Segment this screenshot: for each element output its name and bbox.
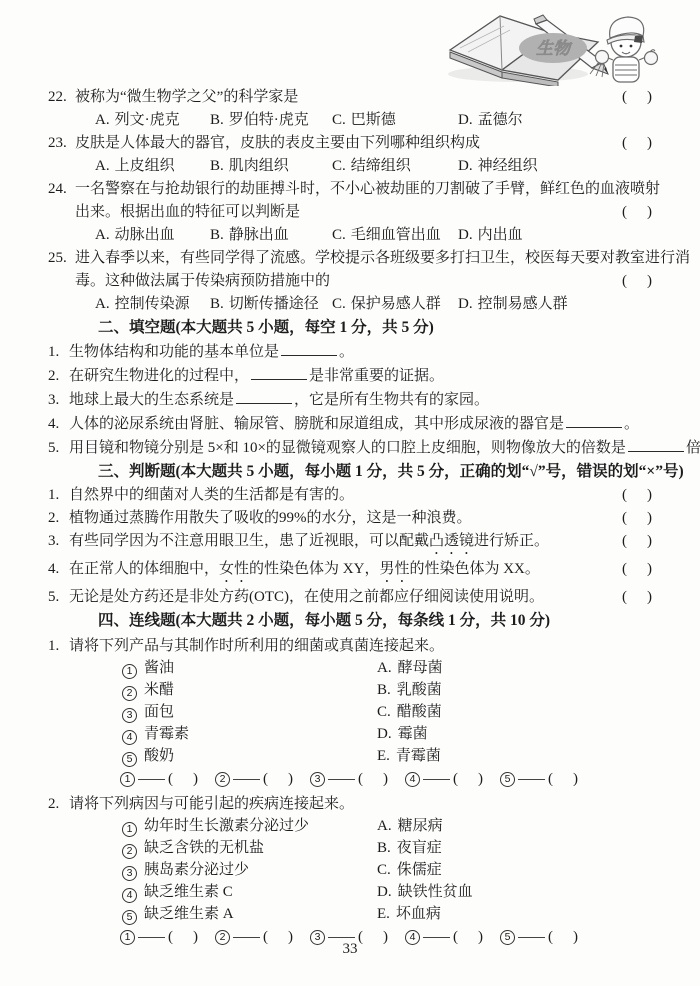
answer-bracket: () — [622, 270, 652, 293]
fill-blank — [251, 367, 307, 380]
question-stem-line: 出来。根据出血的特征可以判断是() — [48, 201, 656, 224]
match-left-text: 酸奶 — [144, 745, 174, 767]
connector-line — [233, 937, 260, 938]
judge-item: 4.在正常人的体细胞中，女性的性染色体为 XY，男性的性染色体为 XX。() — [48, 558, 656, 586]
match-right-item: C.醋酸菌 — [377, 701, 442, 723]
option-label: D. — [458, 112, 473, 128]
match-right-item: E.坏血病 — [377, 903, 441, 925]
match-answer-slot: 5() — [500, 767, 578, 791]
option: C.毛细血管出血 — [332, 224, 458, 247]
fill-item-text: 用目镜和物镜分别是 5×和 10×的显微镜观察人的口腔上皮细胞，则物像放大的倍数… — [69, 436, 700, 460]
match-pair-row: 2米醋B.乳酸菌 — [122, 679, 656, 701]
fill-item: 2.在研究生物进化的过程中，是非常重要的证据。 — [48, 364, 656, 388]
match-intro: 2.请将下列病因与可能引起的疾病连接起来。 — [48, 793, 656, 815]
subject-badge: 生物 — [519, 33, 587, 63]
match-right-label: B. — [377, 679, 391, 701]
match-left-item: 3胰岛素分泌过少 — [122, 859, 377, 881]
circled-number: 3 — [122, 708, 137, 723]
answer-bracket: () — [622, 86, 652, 109]
connector-line — [423, 937, 450, 938]
options-row: A.列文·虎克B.罗伯特·虎克C.巴斯德D.孟德尔 — [95, 109, 656, 132]
mcq-question: 23.皮肤是人体最大的器官，皮肤的表皮主要由下列哪种组织构成()A.上皮组织B.… — [48, 132, 656, 178]
text-segment: 的性染色体为 XY， — [249, 561, 379, 577]
option-text: 动脉出血 — [115, 227, 175, 243]
question-stem-line: 23.皮肤是人体最大的器官，皮肤的表皮主要由下列哪种组织构成() — [48, 132, 656, 155]
answer-bracket: () — [622, 484, 652, 507]
match-answer-row: 1()2()3()4()5() — [120, 767, 656, 791]
match-answer-slot: 2() — [215, 767, 293, 791]
question-stem-text: 出来。根据出血的特征可以判断是 — [75, 201, 300, 224]
circled-number: 1 — [120, 772, 135, 787]
circled-number: 2 — [215, 772, 230, 787]
option: A.列文·虎克 — [95, 109, 210, 132]
option-label: A. — [95, 112, 110, 128]
judge-item: 3.有些同学因为不注意用眼卫生，患了近视眼，可以配戴凸透镜进行矫正。() — [48, 530, 656, 558]
text-segment: 在正常人的体细胞中， — [69, 561, 219, 577]
true-false-section: 1.自然界中的细菌对人类的生活都是有害的。()2.植物通过蒸腾作用散失了吸收的9… — [48, 484, 656, 609]
item-number: 1. — [48, 484, 69, 507]
question-number: 24. — [48, 178, 75, 201]
match-right-label: C. — [377, 701, 391, 723]
option-text: 罗伯特·虎克 — [229, 112, 309, 128]
circled-number: 1 — [122, 664, 137, 679]
question-number: 23. — [48, 132, 75, 155]
option-text: 保护易感人群 — [351, 296, 441, 312]
option: C.保护易感人群 — [332, 293, 458, 316]
match-left-item: 2米醋 — [122, 679, 377, 701]
text-segment: 。 — [339, 344, 354, 360]
option-label: C. — [332, 227, 346, 243]
judge-item-text: 植物通过蒸腾作用散失了吸收的99%的水分，这是一种浪费。 — [69, 507, 472, 530]
judge-item-text: 自然界中的细菌对人类的生活都是有害的。 — [69, 484, 354, 507]
text-segment: 有些同学因为不注意用眼卫生，患了近视眼，可以配戴 — [69, 533, 429, 549]
text-segment: 人体的泌尿系统由肾脏、输尿管、膀胱和尿道组成，其中形成尿液的器官是 — [69, 416, 564, 432]
match-left-text: 缺乏维生素 A — [144, 903, 234, 925]
match-left-item: 4缺乏维生素 C — [122, 881, 377, 903]
fill-blank — [566, 415, 622, 428]
options-row: A.动脉出血B.静脉出血C.毛细血管出血D.内出血 — [95, 224, 656, 247]
option: D.内出血 — [458, 224, 656, 247]
option-text: 切断传播途径 — [229, 296, 319, 312]
fill-blank — [236, 391, 292, 404]
question-stem-text: 毒。这种做法属于传染病预防措施中的 — [75, 270, 330, 293]
match-right-label: E. — [377, 903, 390, 925]
connector-line — [328, 937, 355, 938]
text-segment: 自然界中的细菌对人类的生活都是有害的。 — [69, 487, 354, 503]
option-label: B. — [210, 296, 224, 312]
match-pair-row: 3胰岛素分泌过少C.侏儒症 — [122, 859, 656, 881]
circled-number: 3 — [310, 772, 325, 787]
mcq-question: 25.进入春季以来，有些同学得了流感。学校提示各班级要多打扫卫生，校医每天要对教… — [48, 247, 656, 316]
match-right-text: 糖尿病 — [398, 815, 443, 837]
circled-number: 4 — [405, 772, 420, 787]
match-pair-row: 3面包C.醋酸菌 — [122, 701, 656, 723]
match-right-label: B. — [377, 837, 391, 859]
match-left-text: 青霉素 — [144, 723, 189, 745]
circled-number: 2 — [122, 686, 137, 701]
text-segment: 是非常重要的证据。 — [309, 368, 444, 384]
match-right-text: 乳酸菌 — [397, 679, 442, 701]
item-number: 5. — [48, 436, 69, 460]
match-pair-row: 4缺乏维生素 CD.缺铁性贫血 — [122, 881, 656, 903]
exam-content: 22.被称为“微生物学之父”的科学家是()A.列文·虎克B.罗伯特·虎克C.巴斯… — [0, 86, 700, 949]
option-text: 神经组织 — [478, 158, 538, 174]
options-row: A.上皮组织B.肌肉组织C.结缔组织D.神经组织 — [95, 155, 656, 178]
judge-item-text: 有些同学因为不注意用眼卫生，患了近视眼，可以配戴凸透镜进行矫正。 — [69, 530, 549, 558]
match-right-text: 醋酸菌 — [397, 701, 442, 723]
match-pair-row: 4青霉素D.霉菌 — [122, 723, 656, 745]
match-intro: 1.请将下列产品与其制作时所利用的细菌或真菌连接起来。 — [48, 635, 656, 657]
judge-item-text: 在正常人的体细胞中，女性的性染色体为 XY，男性的性染色体为 XX。 — [69, 558, 540, 586]
fill-item: 1.生物体结构和功能的基本单位是。 — [48, 340, 656, 364]
match-pair-row: 5酸奶E.青霉菌 — [122, 745, 656, 767]
question-stem-line: 24.一名警察在与抢劫银行的劫匪搏斗时，不小心被劫匪的刀割破了手臂，鲜红色的血液… — [48, 178, 656, 201]
match-right-label: A. — [377, 657, 392, 679]
judge-section-title: 三、判断题(本大题共 5 小题，每小题 1 分，共 5 分，正确的划“√”号，错… — [98, 460, 656, 484]
connector-line — [518, 937, 545, 938]
option: B.罗伯特·虎克 — [210, 109, 332, 132]
option-label: D. — [458, 227, 473, 243]
question-stem-text: 皮肤是人体最大的器官，皮肤的表皮主要由下列哪种组织构成 — [75, 132, 480, 155]
option-text: 结缔组织 — [351, 158, 411, 174]
match-question: 2.请将下列病因与可能引起的疾病连接起来。1幼年时生长激素分泌过少A.糖尿病2缺… — [48, 793, 656, 949]
option-label: A. — [95, 158, 110, 174]
answer-bracket: () — [622, 507, 652, 530]
fill-in-blank-section: 1.生物体结构和功能的基本单位是。2.在研究生物进化的过程中，是非常重要的证据。… — [48, 340, 656, 460]
page-header: 生物 — [0, 0, 700, 86]
judge-item: 1.自然界中的细菌对人类的生活都是有害的。() — [48, 484, 656, 507]
circled-number: 4 — [122, 888, 137, 903]
item-number: 1. — [48, 635, 69, 657]
judge-item: 5.无论是处方药还是非处方药(OTC)，在使用之前都应仔细阅读使用说明。() — [48, 586, 656, 609]
match-right-text: 坏血病 — [396, 903, 441, 925]
match-left-item: 5缺乏维生素 A — [122, 903, 377, 925]
fill-section-title: 二、填空题(本大题共 5 小题，每空 1 分，共 5 分) — [98, 316, 656, 340]
match-left-text: 缺乏含铁的无机盐 — [144, 837, 264, 859]
page-footer: 33 — [0, 941, 700, 958]
match-right-text: 夜盲症 — [397, 837, 442, 859]
match-answer-slot: 4() — [405, 767, 483, 791]
option-text: 毛细血管出血 — [351, 227, 441, 243]
answer-bracket: () — [622, 132, 652, 155]
cartoon-boy-icon — [590, 17, 658, 82]
option-text: 肌肉组织 — [229, 158, 289, 174]
text-segment: 倍。 — [686, 440, 700, 456]
option-label: B. — [210, 158, 224, 174]
match-left-item: 3面包 — [122, 701, 377, 723]
match-left-item: 1幼年时生长激素分泌过少 — [122, 815, 377, 837]
circled-number: 1 — [122, 822, 137, 837]
match-left-text: 酱油 — [144, 657, 174, 679]
subject-badge-label: 生物 — [536, 39, 573, 58]
match-right-text: 酵母菌 — [398, 657, 443, 679]
match-intro-text: 请将下列病因与可能引起的疾病连接起来。 — [69, 793, 354, 815]
judge-item-text: 无论是处方药还是非处方药(OTC)，在使用之前都应仔细阅读使用说明。 — [69, 586, 544, 609]
match-left-item: 2缺乏含铁的无机盐 — [122, 837, 377, 859]
match-right-item: E.青霉菌 — [377, 745, 441, 767]
match-left-text: 面包 — [144, 701, 174, 723]
mcq-question: 22.被称为“微生物学之父”的科学家是()A.列文·虎克B.罗伯特·虎克C.巴斯… — [48, 86, 656, 132]
option: B.静脉出血 — [210, 224, 332, 247]
match-question: 1.请将下列产品与其制作时所利用的细菌或真菌连接起来。1酱油A.酵母菌2米醋B.… — [48, 635, 656, 791]
answer-bracket: () — [622, 586, 652, 609]
match-pair-row: 1酱油A.酵母菌 — [122, 657, 656, 679]
emphasized-text: 男性 — [379, 561, 409, 577]
option: D.孟德尔 — [458, 109, 656, 132]
option: B.切断传播途径 — [210, 293, 332, 316]
option-label: A. — [95, 227, 110, 243]
mcq-question: 24.一名警察在与抢劫银行的劫匪搏斗时，不小心被劫匪的刀割破了手臂，鲜红色的血液… — [48, 178, 656, 247]
option: D.控制易感人群 — [458, 293, 656, 316]
fill-item-text: 人体的泌尿系统由肾脏、输尿管、膀胱和尿道组成，其中形成尿液的器官是。 — [69, 412, 639, 436]
match-left-text: 米醋 — [144, 679, 174, 701]
option-text: 巴斯德 — [351, 112, 396, 128]
question-number: 22. — [48, 86, 75, 109]
match-left-item: 4青霉素 — [122, 723, 377, 745]
option-label: D. — [458, 296, 473, 312]
circled-number: 3 — [122, 866, 137, 881]
answer-bracket: () — [622, 530, 652, 553]
answer-bracket: () — [622, 201, 652, 224]
item-number: 4. — [48, 558, 69, 581]
text-segment: 。 — [624, 416, 639, 432]
item-number: 3. — [48, 388, 69, 412]
fill-item-text: 在研究生物进化的过程中，是非常重要的证据。 — [69, 364, 444, 388]
fill-item: 3.地球上最大的生态系统是，它是所有生物共有的家园。 — [48, 388, 656, 412]
match-right-label: C. — [377, 859, 391, 881]
question-number: 25. — [48, 247, 75, 270]
option-text: 控制传染源 — [115, 296, 190, 312]
option-text: 控制易感人群 — [478, 296, 568, 312]
options-row: A.控制传染源B.切断传播途径C.保护易感人群D.控制易感人群 — [95, 293, 656, 316]
option: A.控制传染源 — [95, 293, 210, 316]
text-segment: 植物通过蒸腾作用散失了吸收的99%的水分，这是一种浪费。 — [69, 510, 472, 526]
text-segment: 地球上最大的生态系统是 — [69, 392, 234, 408]
option-label: D. — [458, 158, 473, 174]
circled-number: 5 — [500, 772, 515, 787]
match-answer-slot: 1() — [120, 767, 198, 791]
item-number: 2. — [48, 364, 69, 388]
option-label: C. — [332, 112, 346, 128]
question-stem-line: 毒。这种做法属于传染病预防措施中的() — [48, 270, 656, 293]
text-segment: 进行矫正。 — [474, 533, 549, 549]
match-right-item: B.乳酸菌 — [377, 679, 442, 701]
match-right-label: D. — [377, 881, 392, 903]
match-right-item: B.夜盲症 — [377, 837, 442, 859]
match-section-title: 四、连线题(本大题共 2 小题，每小题 5 分，每条线 1 分，共 10 分) — [98, 609, 656, 633]
fill-blank — [281, 343, 337, 356]
option-label: C. — [332, 158, 346, 174]
match-right-text: 青霉菌 — [396, 745, 441, 767]
match-right-item: A.糖尿病 — [377, 815, 443, 837]
circled-number: 5 — [122, 910, 137, 925]
match-right-text: 侏儒症 — [397, 859, 442, 881]
match-right-label: E. — [377, 745, 390, 767]
option-label: A. — [95, 296, 110, 312]
match-pair-row: 1幼年时生长激素分泌过少A.糖尿病 — [122, 815, 656, 837]
circled-number: 2 — [122, 844, 137, 859]
connector-line — [328, 779, 355, 780]
item-number: 5. — [48, 586, 69, 609]
circled-number: 5 — [122, 752, 137, 767]
item-number: 2. — [48, 793, 69, 815]
option-label: B. — [210, 112, 224, 128]
emphasized-text: 凸透镜 — [429, 533, 474, 549]
connector-line — [233, 779, 260, 780]
match-left-text: 缺乏维生素 C — [144, 881, 233, 903]
match-right-label: D. — [377, 723, 392, 745]
match-right-item: D.霉菌 — [377, 723, 428, 745]
connector-line — [138, 937, 165, 938]
option: D.神经组织 — [458, 155, 656, 178]
connector-line — [518, 779, 545, 780]
connector-line — [138, 779, 165, 780]
match-left-text: 胰岛素分泌过少 — [144, 859, 249, 881]
circled-number: 4 — [122, 730, 137, 745]
option: C.巴斯德 — [332, 109, 458, 132]
match-pair-row: 5缺乏维生素 AE.坏血病 — [122, 903, 656, 925]
fill-item: 5.用目镜和物镜分别是 5×和 10×的显微镜观察人的口腔上皮细胞，则物像放大的… — [48, 436, 656, 460]
text-segment: 的性染色体为 XX。 — [409, 561, 539, 577]
match-right-item: D.缺铁性贫血 — [377, 881, 473, 903]
match-left-text: 幼年时生长激素分泌过少 — [144, 815, 309, 837]
fill-item-text: 生物体结构和功能的基本单位是。 — [69, 340, 354, 364]
judge-item: 2.植物通过蒸腾作用散失了吸收的99%的水分，这是一种浪费。() — [48, 507, 656, 530]
match-answer-slot: 3() — [310, 767, 388, 791]
answer-bracket: () — [622, 558, 652, 581]
match-left-item: 5酸奶 — [122, 745, 377, 767]
match-left-item: 1酱油 — [122, 657, 377, 679]
connector-line — [423, 779, 450, 780]
emphasized-text: 女性 — [219, 561, 249, 577]
question-stem-line: 22.被称为“微生物学之父”的科学家是() — [48, 86, 656, 109]
option-text: 静脉出血 — [229, 227, 289, 243]
exam-paper-page: 生物 22.被称为“微生物学之父”的科学家是()A.列文·虎克B.罗伯特· — [0, 0, 700, 986]
match-intro-text: 请将下列产品与其制作时所利用的细菌或真菌连接起来。 — [69, 635, 444, 657]
option-text: 列文·虎克 — [115, 112, 180, 128]
text-segment: 用目镜和物镜分别是 5×和 10×的显微镜观察人的口腔上皮细胞，则物像放大的倍数… — [69, 440, 626, 456]
text-segment: 生物体结构和功能的基本单位是 — [69, 344, 279, 360]
option-label: C. — [332, 296, 346, 312]
item-number: 3. — [48, 530, 69, 553]
multiple-choice-section: 22.被称为“微生物学之父”的科学家是()A.列文·虎克B.罗伯特·虎克C.巴斯… — [48, 86, 656, 316]
fill-blank — [628, 439, 684, 452]
question-stem-text: 一名警察在与抢劫银行的劫匪搏斗时，不小心被劫匪的刀割破了手臂，鲜红色的血液喷射 — [75, 178, 660, 201]
option-text: 内出血 — [478, 227, 523, 243]
option: B.肌肉组织 — [210, 155, 332, 178]
match-right-text: 缺铁性贫血 — [398, 881, 473, 903]
match-right-label: A. — [377, 815, 392, 837]
match-pair-row: 2缺乏含铁的无机盐B.夜盲症 — [122, 837, 656, 859]
page-number: 33 — [343, 941, 358, 957]
header-illustration: 生物 — [440, 2, 676, 86]
text-segment: ，它是所有生物共有的家园。 — [294, 392, 489, 408]
item-number: 1. — [48, 340, 69, 364]
fill-item-text: 地球上最大的生态系统是，它是所有生物共有的家园。 — [69, 388, 489, 412]
fill-item: 4.人体的泌尿系统由肾脏、输尿管、膀胱和尿道组成，其中形成尿液的器官是。 — [48, 412, 656, 436]
question-stem-line: 25.进入春季以来，有些同学得了流感。学校提示各班级要多打扫卫生，校医每天要对教… — [48, 247, 656, 270]
option-label: B. — [210, 227, 224, 243]
match-right-item: C.侏儒症 — [377, 859, 442, 881]
item-number: 4. — [48, 412, 69, 436]
match-right-text: 霉菌 — [398, 723, 428, 745]
option: A.动脉出血 — [95, 224, 210, 247]
match-right-item: A.酵母菌 — [377, 657, 443, 679]
matching-section: 1.请将下列产品与其制作时所利用的细菌或真菌连接起来。1酱油A.酵母菌2米醋B.… — [48, 635, 656, 949]
text-segment: 在研究生物进化的过程中， — [69, 368, 249, 384]
option-text: 上皮组织 — [115, 158, 175, 174]
item-number: 2. — [48, 507, 69, 530]
question-stem-text: 被称为“微生物学之父”的科学家是 — [75, 86, 298, 109]
option: C.结缔组织 — [332, 155, 458, 178]
option-text: 孟德尔 — [478, 112, 523, 128]
text-segment: 无论是处方药还是非处方药(OTC)，在使用之前都应仔细阅读使用说明。 — [69, 589, 544, 605]
question-stem-text: 进入春季以来，有些同学得了流感。学校提示各班级要多打扫卫生，校医每天要对教室进行… — [75, 247, 690, 270]
option: A.上皮组织 — [95, 155, 210, 178]
